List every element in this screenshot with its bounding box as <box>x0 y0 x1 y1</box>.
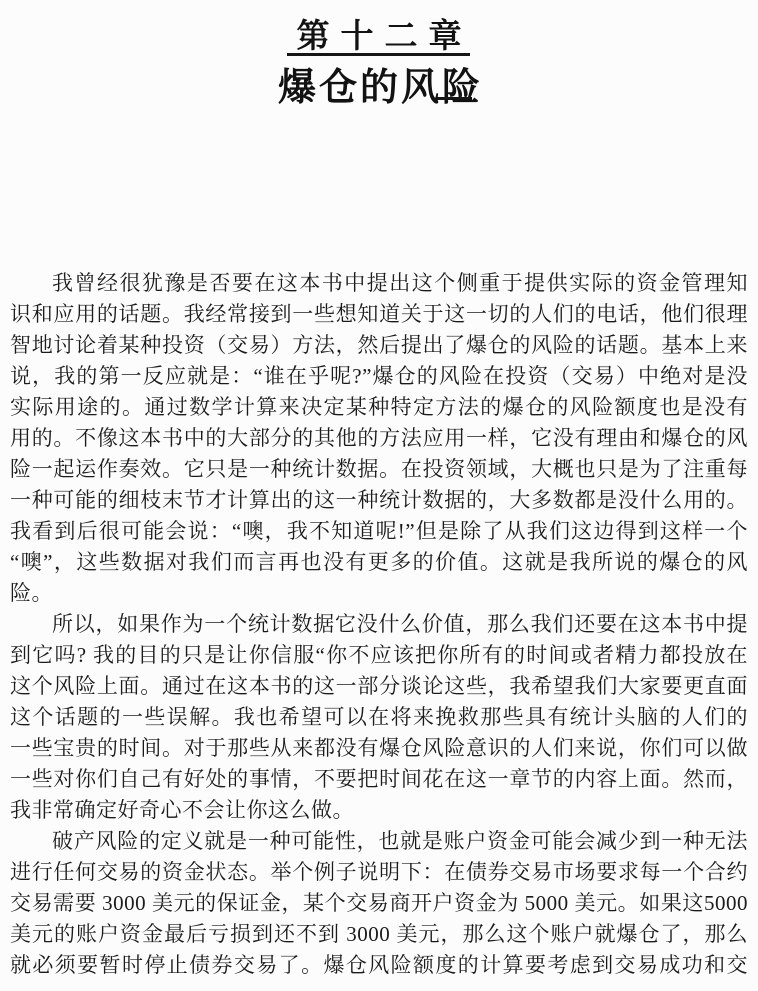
text-line: 识和应用的话题。我经常接到一些想知道关于这一切的人们的电话，他们很理 <box>10 299 748 330</box>
chapter-number: 第十二章 <box>0 10 758 57</box>
text-line: 一些对你们自己有好处的事情，不要把时间花在这一章节的内容上面。然而， <box>10 764 748 795</box>
book-page: 第十二章 爆仓的风险 我曾经很犹豫是否要在这本书中提出这个侧重于提供实际的资金管… <box>0 0 758 991</box>
text-line: 险。 <box>10 578 748 609</box>
text-line: 一种可能的细枝末节才计算出的这一种统计数据的，大多数都是没什么用的。 <box>10 485 748 516</box>
text-line: 用的。不像这本书中的大部分的其他的方法应用一样，它没有理由和爆仓的风 <box>10 423 748 454</box>
text-line: “噢”，这些数据对我们而言再也没有更多的价值。这就是我所说的爆仓的风 <box>10 547 748 578</box>
text-line: 就必须要暂时停止债券交易了。爆仓风险额度的计算要考虑到交易成功和交 <box>10 950 748 981</box>
text-line: 这个话题的一些误解。我也希望可以在将来挽救那些具有统计头脑的人们的 <box>10 702 748 733</box>
text-line: 交易需要 3000 美元的保证金，某个交易商开户资金为 5000 美元。如果这5… <box>10 888 748 919</box>
text-line: 说，我的第一反应就是：“谁在乎呢?”爆仓的风险在投资（交易）中绝对是没有 <box>10 361 748 392</box>
text-line: 到它吗? 我的目的只是让你信服“你不应该把你所有的时间或者精力都投放在 <box>10 640 748 671</box>
body-text: 我曾经很犹豫是否要在这本书中提出这个侧重于提供实际的资金管理知识和应用的话题。我… <box>10 268 748 981</box>
text-line: 美元的账户资金最后亏损到还不到 3000 美元，那么这个账户就爆仓了，那么也 <box>10 919 748 950</box>
chapter-title: 爆仓的风险 <box>0 56 758 111</box>
text-line: 破产风险的定义就是一种可能性，也就是账户资金可能会减少到一种无法 <box>10 826 748 857</box>
text-line: 所以，如果作为一个统计数据它没什么价值，那么我们还要在这本书中提 <box>10 609 748 640</box>
text-line: 险一起运作奏效。它只是一种统计数据。在投资领域，大概也只是为了注重每 <box>10 454 748 485</box>
text-line: 这个风险上面。通过在这本书的这一部分谈论这些，我希望我们大家要更直面 <box>10 671 748 702</box>
text-line: 一些宝贵的时间。对于那些从来都没有爆仓风险意识的人们来说，你们可以做 <box>10 733 748 764</box>
text-line: 进行任何交易的资金状态。举个例子说明下：在债券交易市场要求每一个合约 <box>10 857 748 888</box>
text-line: 智地讨论着某种投资（交易）方法，然后提出了爆仓的风险的话题。基本上来 <box>10 330 748 361</box>
text-line: 我曾经很犹豫是否要在这本书中提出这个侧重于提供实际的资金管理知 <box>10 268 748 299</box>
text-line: 我非常确定好奇心不会让你这么做。 <box>10 795 748 826</box>
text-line: 我看到后很可能会说：“噢，我不知道呢!”但是除了从我们这边得到这样一个 <box>10 516 748 547</box>
chapter-header: 第十二章 爆仓的风险 <box>0 0 758 130</box>
text-line: 实际用途的。通过数学计算来决定某种特定方法的爆仓的风险额度也是没有 <box>10 392 748 423</box>
title-underline-decoration <box>437 97 472 100</box>
